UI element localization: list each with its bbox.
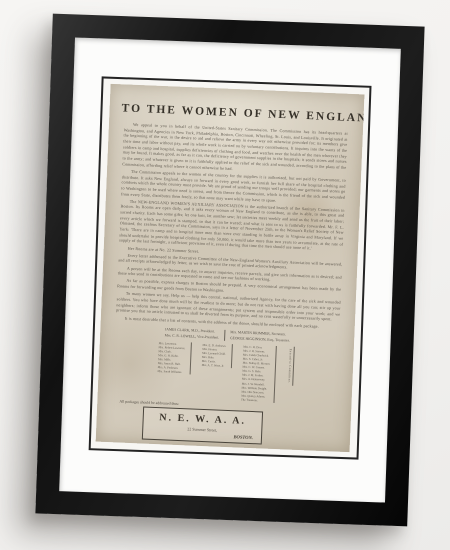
framed-print-photo: TO THE WOMEN OF NEW ENGLAND. We appeal t… xyxy=(0,0,450,550)
committee-vertical-label: Executive Committee. xyxy=(286,346,295,385)
paragraph: The NEW-ENGLAND WOMEN'S AUXILIARY ASSOCI… xyxy=(119,198,345,253)
mat-board: TO THE WOMEN OF NEW ENGLAND. We appeal t… xyxy=(59,37,401,502)
paragraph: We appeal to you in behalf of the United… xyxy=(122,121,348,176)
officers-right: Mrs. MARTIN BRIMMER, Secretary.GEORGE HI… xyxy=(224,330,295,344)
broadside-document: TO THE WOMEN OF NEW ENGLAND. We appeal t… xyxy=(96,84,365,452)
committee-name: Mrs. Sarah Williams. xyxy=(157,369,184,374)
document-body: We appeal to you in behalf of the United… xyxy=(116,121,348,329)
frame-window-fillet: TO THE WOMEN OF NEW ENGLAND. We appeal t… xyxy=(89,76,372,459)
committee-name: Mrs. A. T. Ware, Jr. xyxy=(202,363,226,368)
document-title: TO THE WOMEN OF NEW ENGLAND. xyxy=(121,102,351,124)
committee-column: Mrs. C. H. Dorr.Mrs. J. H. Stevens.Mrs. … xyxy=(241,345,277,403)
committee-column: Mrs. Lawrence.Mrs. Robert Lawrence.Mrs. … xyxy=(157,341,191,375)
committee-column: Mrs. E. D. Andrews.Mrs. Horton.Mrs. Leon… xyxy=(202,343,233,369)
officers-left: JAMES CLARK, M.D., President.Mrs. C. R. … xyxy=(160,327,225,340)
committee-block: Mrs. Lawrence.Mrs. Robert Lawrence.Mrs. … xyxy=(110,339,342,405)
address-box: N. E. W. A. A. 22 Summer Street, BOSTON. xyxy=(142,406,263,444)
picture-frame: TO THE WOMEN OF NEW ENGLAND. We appeal t… xyxy=(35,14,424,527)
